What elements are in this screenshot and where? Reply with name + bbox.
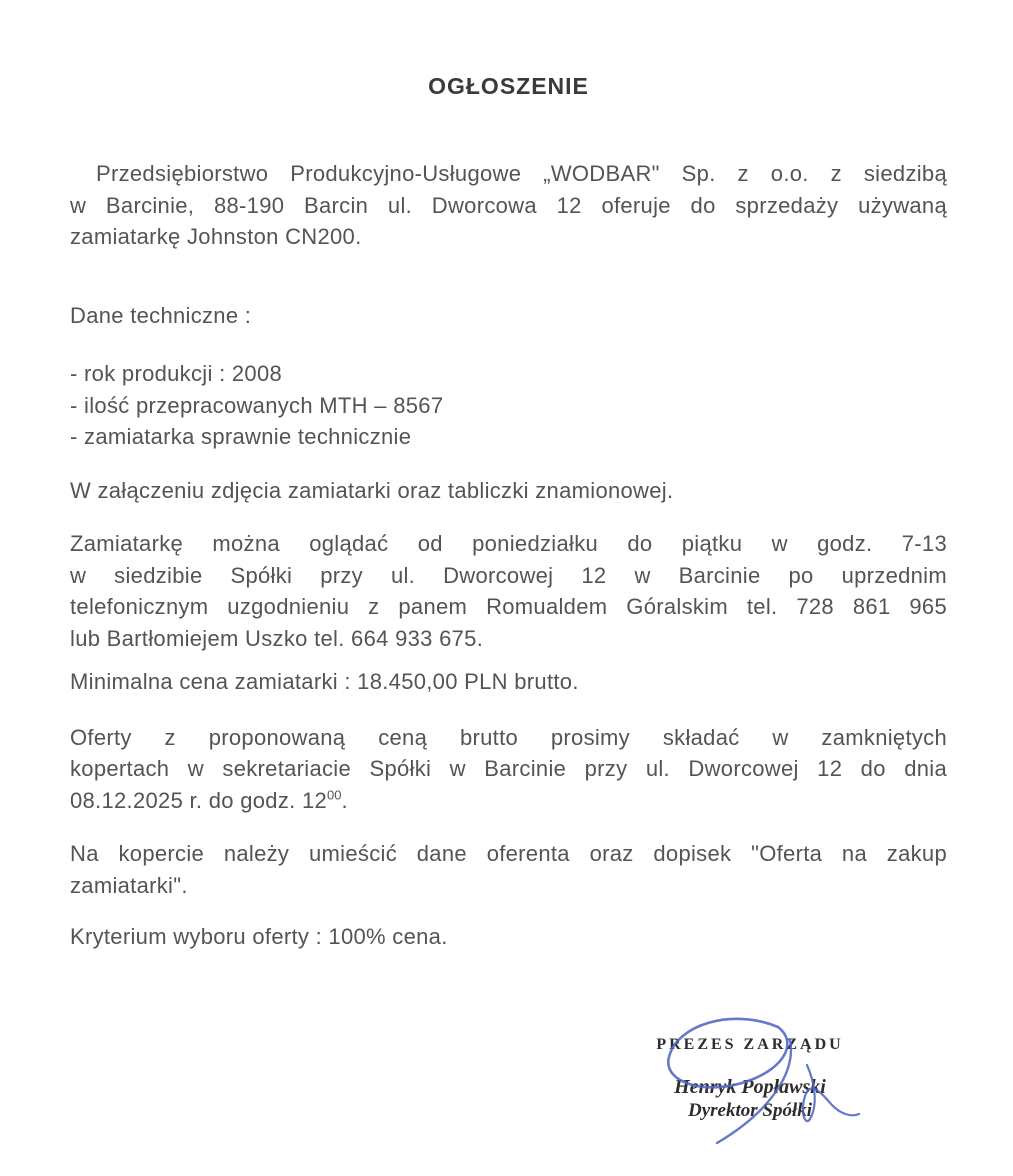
envelope-line: Na kopercie należy umieścić dane oferent… (70, 838, 947, 870)
minimum-price-line: Minimalna cena zamiatarki : 18.450,00 PL… (70, 666, 947, 698)
viewing-line: Zamiatarkę można oglądać od poniedziałku… (70, 528, 947, 560)
document-title: OGŁOSZENIE (70, 73, 947, 100)
envelope-line: zamiatarki". (70, 870, 947, 902)
document-body: OGŁOSZENIE Przedsiębiorstwo Produkcyjno-… (70, 0, 947, 975)
deadline-text: 08.12.2025 r. do godz. 12 (70, 788, 327, 813)
minimum-price-text: Minimalna cena zamiatarki : 18.450,00 PL… (70, 666, 947, 698)
paragraph-intro: Przedsiębiorstwo Produkcyjno-Usługowe „W… (70, 158, 947, 253)
paragraph-viewing: Zamiatarkę można oglądać od poniedziałku… (70, 528, 947, 654)
tech-data-list: - rok produkcji : 2008 - ilość przepraco… (70, 358, 947, 453)
stamp-title-text: Dyrektor Spółki (630, 1100, 870, 1122)
tech-heading-line: Dane techniczne : (70, 300, 947, 332)
tech-list-item: - rok produkcji : 2008 (70, 358, 947, 390)
intro-line: zamiatarkę Johnston CN200. (70, 221, 947, 253)
paragraph-envelope: Na kopercie należy umieścić dane oferent… (70, 838, 947, 901)
deadline-period: . (342, 788, 348, 813)
viewing-line: telefonicznym uzgodnieniu z panem Romual… (70, 591, 947, 623)
intro-line: Przedsiębiorstwo Produkcyjno-Usługowe „W… (70, 158, 947, 190)
tech-list-item: - zamiatarka sprawnie technicznie (70, 421, 947, 453)
offers-deadline-line: 08.12.2025 r. do godz. 1200. (70, 785, 947, 817)
stamp-role-text: PREZES ZARZĄDU (630, 1036, 870, 1054)
paragraph-offers: Oferty z proponowaną ceną brutto prosimy… (70, 722, 947, 817)
intro-line: w Barcinie, 88-190 Barcin ul. Dworcowa 1… (70, 190, 947, 222)
criterion-line: Kryterium wyboru oferty : 100% cena. (70, 921, 947, 953)
tech-list-item: - ilość przepracowanych MTH – 8567 (70, 390, 947, 422)
attachment-note: W załączeniu zdjęcia zamiatarki oraz tab… (70, 475, 947, 507)
superscript-minutes: 00 (327, 787, 341, 802)
signature-stamp-block: PREZES ZARZĄDU Henryk Popławski Dyrektor… (630, 1036, 870, 1122)
criterion-text: Kryterium wyboru oferty : 100% cena. (70, 921, 947, 953)
stamp-name-text: Henryk Popławski (630, 1076, 870, 1099)
offers-line: kopertach w sekretariacie Spółki w Barci… (70, 753, 947, 785)
attachment-note-line: W załączeniu zdjęcia zamiatarki oraz tab… (70, 475, 947, 507)
viewing-line: w siedzibie Spółki przy ul. Dworcowej 12… (70, 560, 947, 592)
tech-data-heading: Dane techniczne : (70, 300, 947, 332)
scanned-announcement-document: OGŁOSZENIE Przedsiębiorstwo Produkcyjno-… (0, 0, 1013, 1176)
offers-line: Oferty z proponowaną ceną brutto prosimy… (70, 722, 947, 754)
viewing-line: lub Bartłomiejem Uszko tel. 664 933 675. (70, 623, 947, 655)
